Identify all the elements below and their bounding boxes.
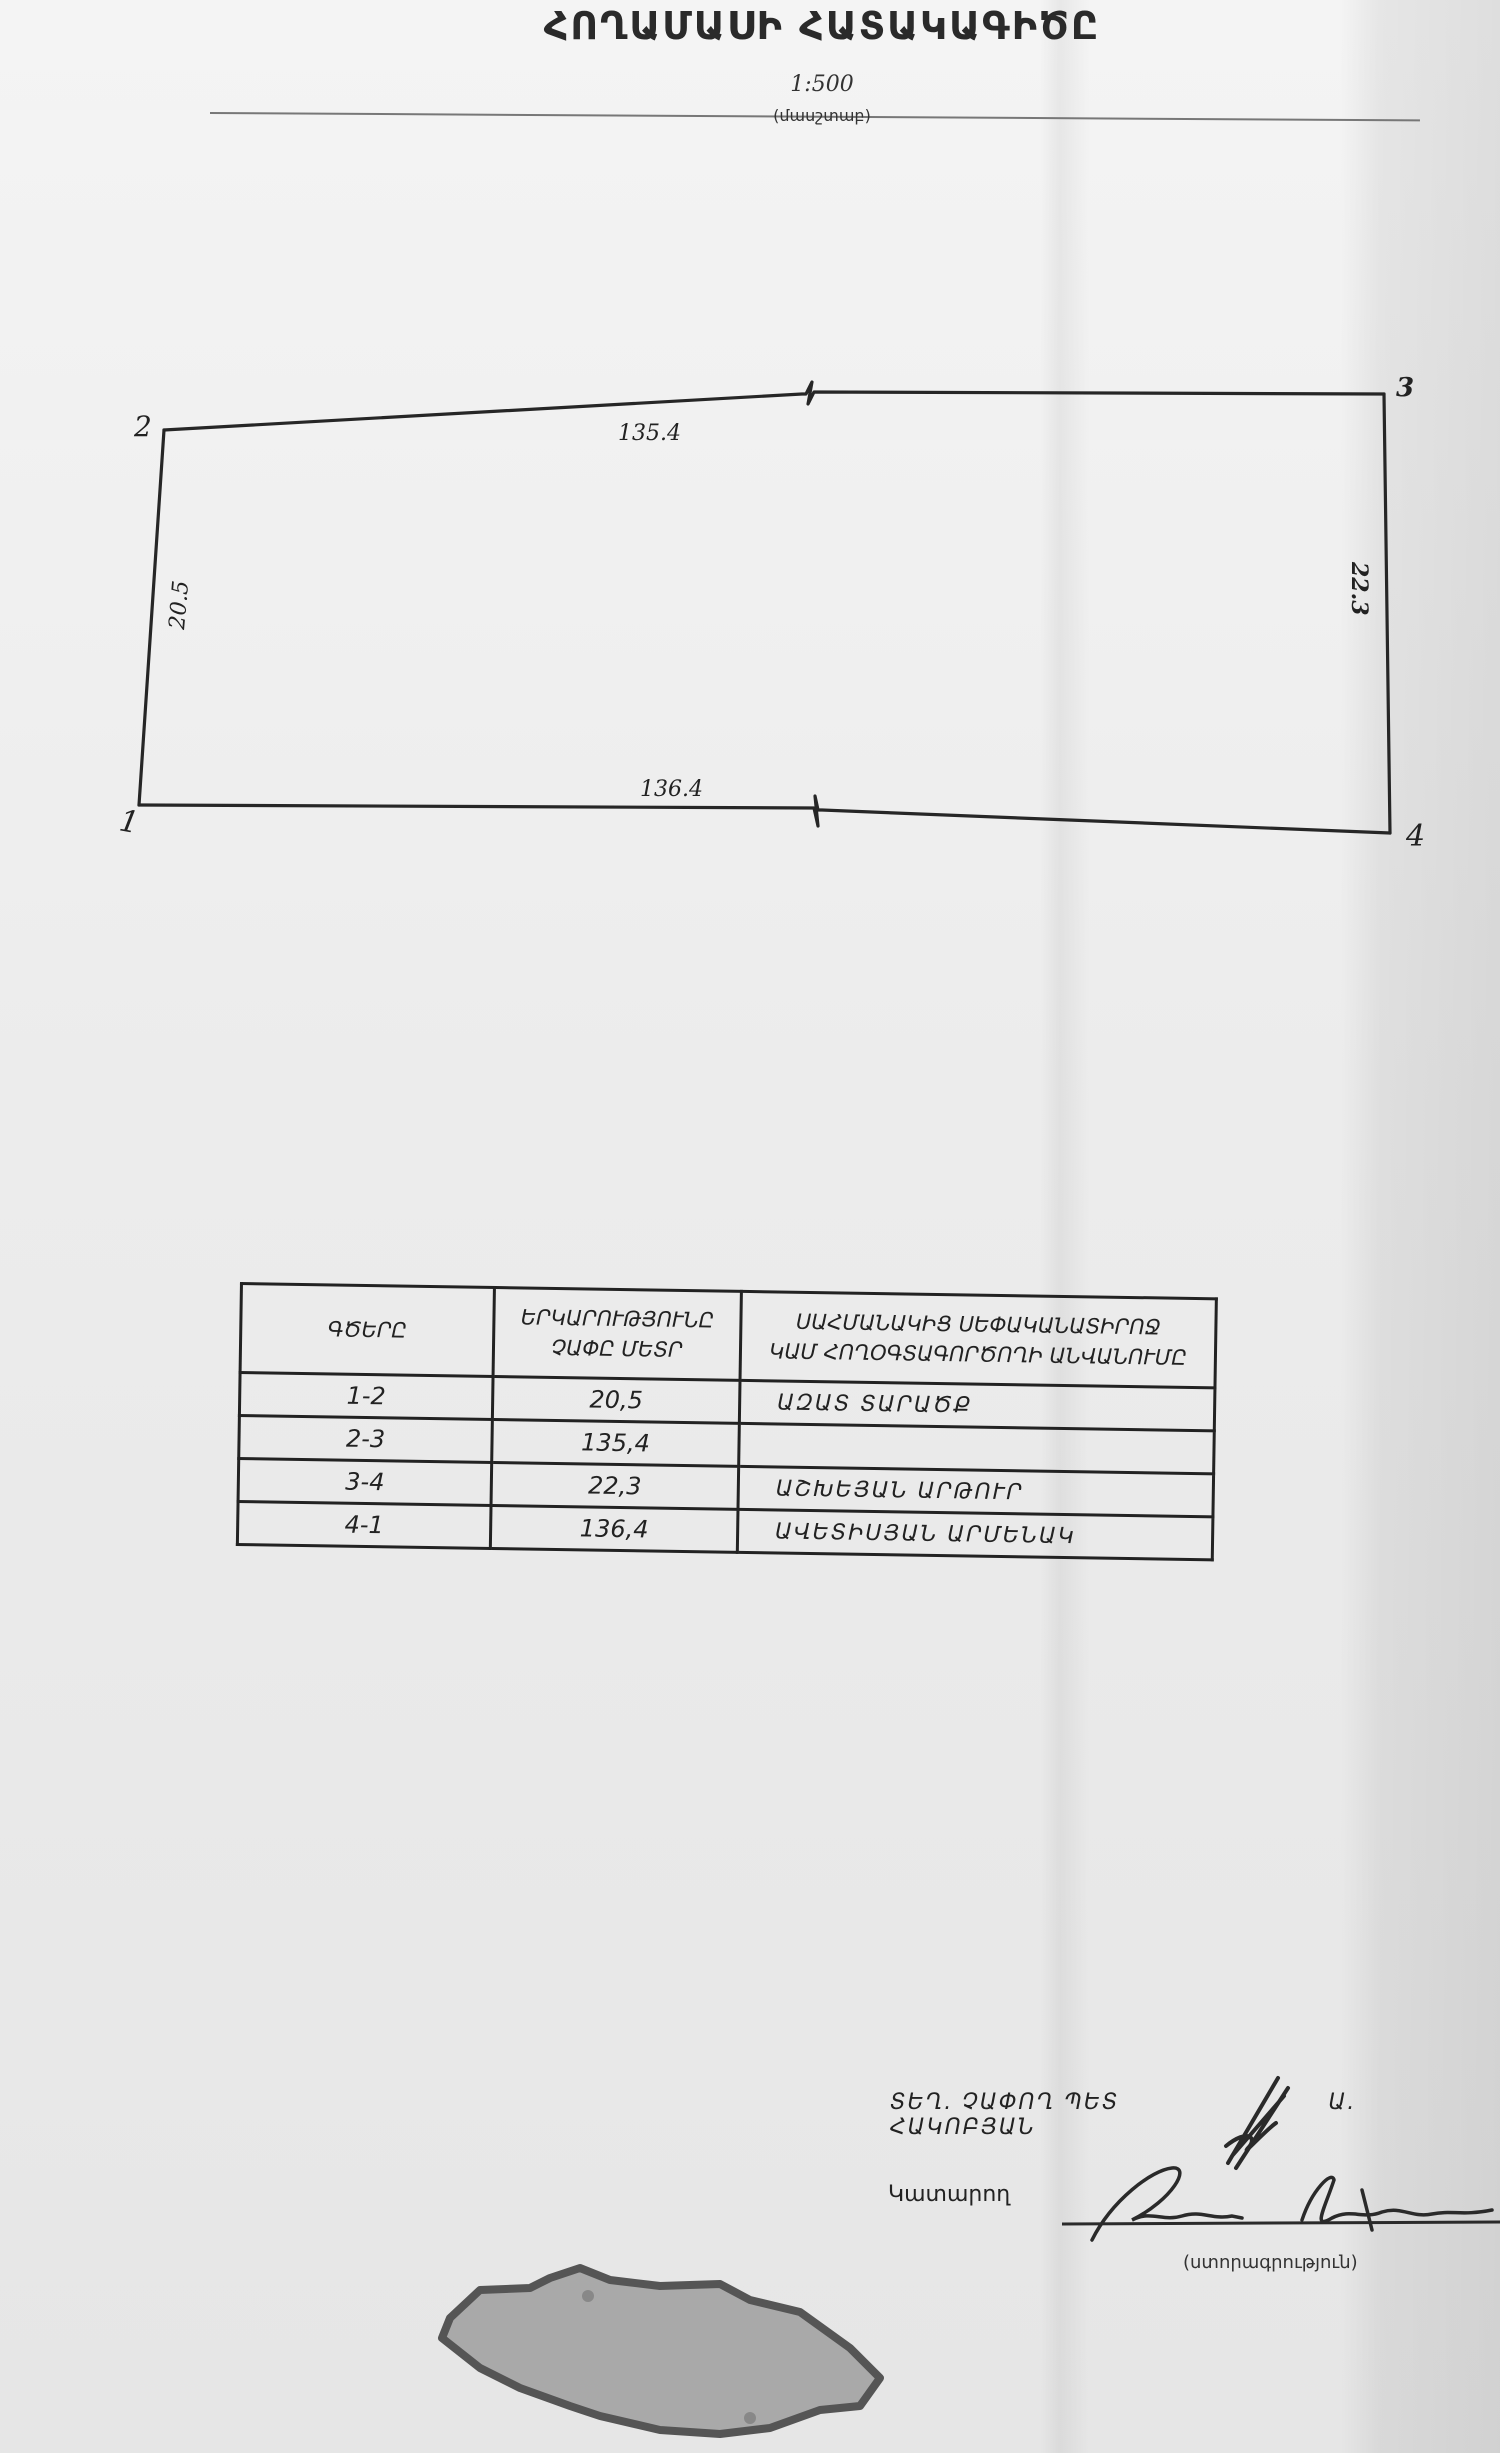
plot-edge-3-4 (1384, 394, 1390, 833)
line-cell: 4-1 (237, 1501, 491, 1548)
boundary-lines-table: ԳԾԵՐԸ ԵՐԿԱՐՈՒԹՅՈՒՆԸ ՉԱՓԸ ՄԵՏՐ ՍԱՀՄԱՆԱԿԻՑ… (236, 1282, 1218, 1561)
owner-cell: ԱՇԽԵՅԱՆ ԱՐԹՈՒՐ (738, 1466, 1214, 1516)
performer-signature-icon (1062, 2160, 1500, 2260)
plot-edge-1-2 (139, 430, 164, 805)
length-cell: 22,3 (491, 1462, 739, 1509)
length-cell: 20,5 (492, 1376, 740, 1423)
plot-edge-4-1 (139, 796, 1390, 833)
length-cell: 135,4 (492, 1419, 740, 1466)
boundary-lines-table-container: ԳԾԵՐԸ ԵՐԿԱՐՈՒԹՅՈՒՆԸ ՉԱՓԸ ՄԵՏՐ ՍԱՀՄԱՆԱԿԻՑ… (236, 1282, 1218, 1561)
owner-cell: ԱՎԵՏԻՍՅԱՆ ԱՐՄԵՆԱԿ (737, 1509, 1213, 1559)
chief-surveyor-line: ՏԵՂ. ՉԱՓՈՂ ՊԵՏ Ա. ՀԱԿՈԲՅԱՆ (890, 2090, 1500, 2140)
edge-length-3-4: 22.3 (1346, 561, 1372, 616)
plot-edge-2-3 (164, 382, 1384, 430)
table-header-row: ԳԾԵՐԸ ԵՐԿԱՐՈՒԹՅՈՒՆԸ ՉԱՓԸ ՄԵՏՐ ՍԱՀՄԱՆԱԿԻՑ… (240, 1284, 1216, 1388)
line-cell: 1-2 (239, 1373, 493, 1420)
edge-length-4-1: 136.4 (640, 777, 703, 802)
length-cell: 136,4 (490, 1505, 738, 1552)
header-lines: ԳԾԵՐԸ (240, 1284, 494, 1377)
vertex-label-1: 1 (117, 803, 142, 841)
vertex-label-3: 3 (1396, 373, 1414, 403)
vertex-label-2: 2 (133, 410, 152, 443)
header-length: ԵՐԿԱՐՈՒԹՅՈՒՆԸ ՉԱՓԸ ՄԵՏՐ (493, 1287, 741, 1380)
official-stamp-icon (420, 2238, 920, 2448)
performer-label: Կատարող (888, 2182, 1010, 2207)
line-cell: 3-4 (238, 1459, 492, 1506)
land-plot-diagram: 1 2 3 4 135.4 136.4 20.5 22.3 (0, 0, 1500, 1000)
chief-surveyor-label: ՏԵՂ. ՉԱՓՈՂ ՊԵՏ (890, 2090, 1119, 2115)
header-adjacent-owner: ՍԱՀՄԱՆԱԿԻՑ ՍԵՓԱԿԱՆԱՏԻՐՈՋ ԿԱՄ ՀՈՂՕԳՏԱԳՈՐԾ… (740, 1291, 1216, 1387)
line-cell: 2-3 (239, 1416, 493, 1463)
edge-length-2-3: 135.4 (618, 421, 681, 446)
vertex-label-4: 4 (1405, 819, 1425, 854)
owner-cell: ԱԶԱՏ ՏԱՐԱԾՔ (739, 1380, 1215, 1430)
signature-caption: (ստորագրություն) (1183, 2252, 1358, 2273)
owner-cell (739, 1423, 1215, 1473)
edge-length-1-2: 20.5 (165, 580, 194, 632)
